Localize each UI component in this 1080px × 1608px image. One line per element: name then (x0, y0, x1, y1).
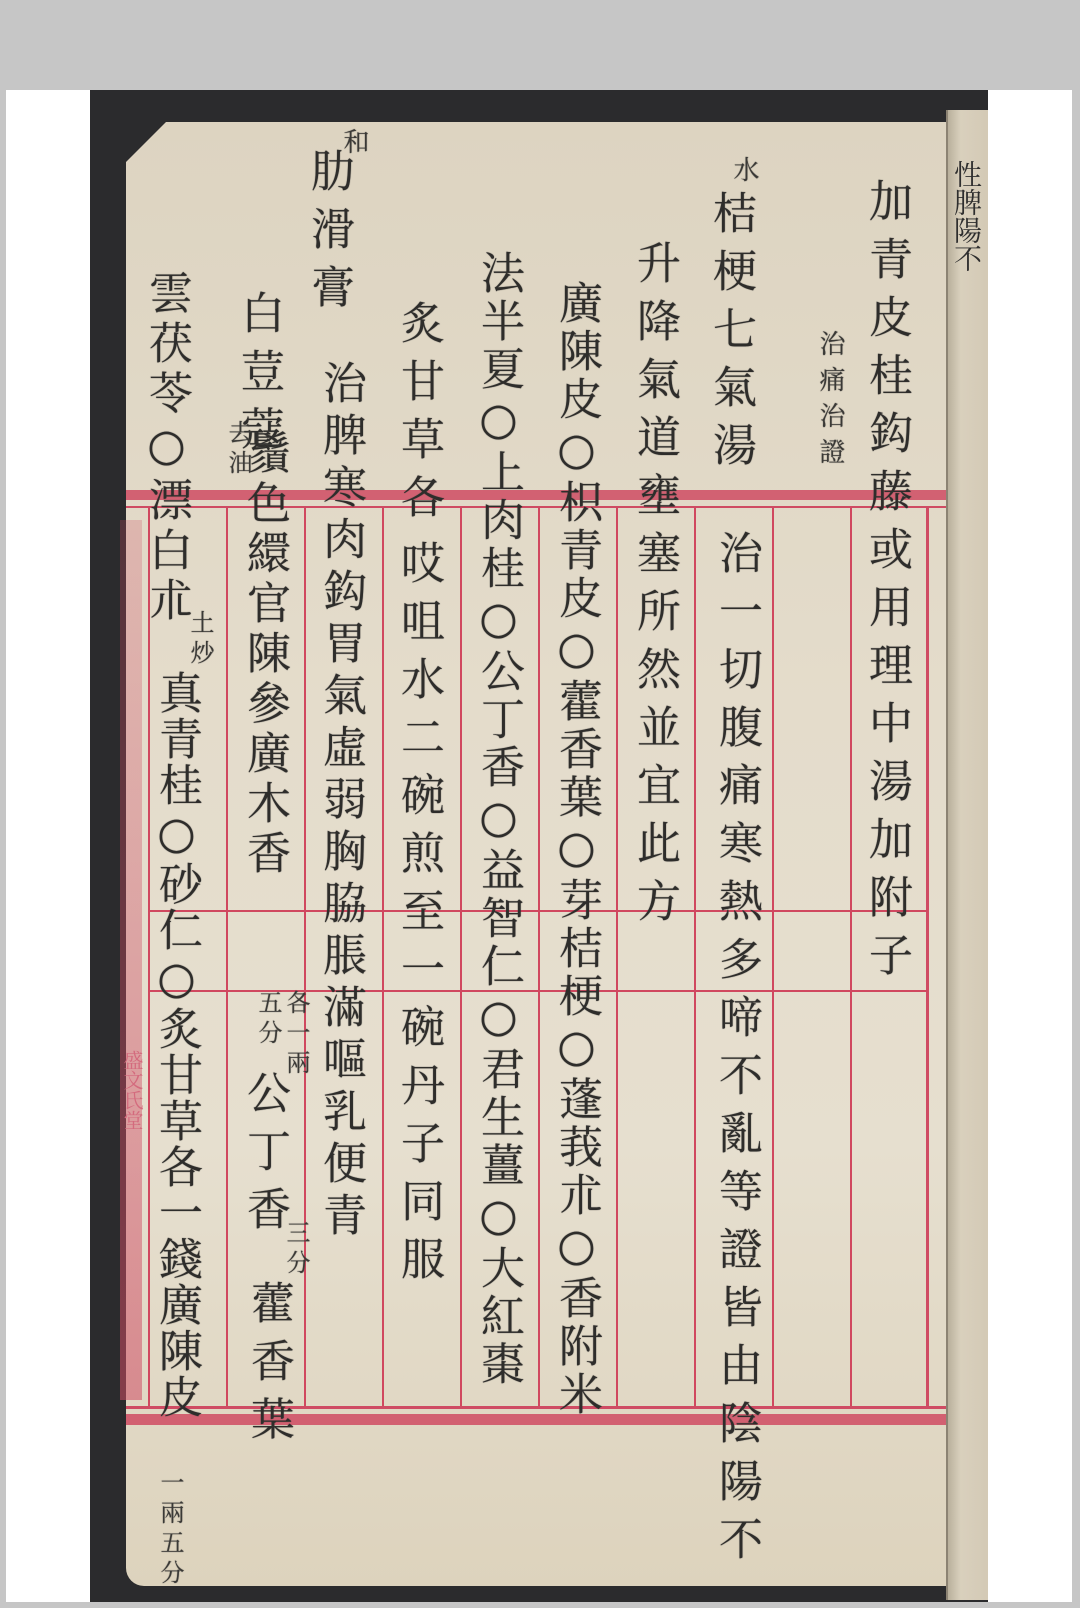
column-9-text2: 公丁香 (236, 1070, 292, 1244)
seal-text: 盛文氏堂 (120, 1050, 144, 1130)
red-seal-stamp (120, 520, 142, 1400)
column-7: 炙甘草各 (390, 300, 446, 532)
scanned-book-page: 性脾陽不 盛文氏堂 加青皮桂鈎藤或用理中湯加附子 治痛治證 水 桔梗七氣湯 治一… (90, 90, 988, 1602)
column-5: 廣陳皮○枳青皮○藿香葉○芽桔梗○蓬莪朮○香附米 (548, 280, 604, 1419)
column-3-text: 治一切腹痛寒熱多啼不亂等證皆由陰陽不 (708, 530, 764, 1574)
red-column-line (538, 508, 540, 1406)
column-4: 升降氣道壅塞所然並宜此方 (626, 240, 682, 936)
column-9-text3: 藿香葉 (240, 1280, 296, 1454)
red-column-line (460, 508, 462, 1406)
red-row-line (148, 910, 928, 912)
column-9-dose2: 三分 (268, 1220, 324, 1280)
column-10-note: 土炒 (172, 610, 228, 670)
red-column-line (772, 508, 774, 1406)
column-2: 治痛治證 (802, 330, 858, 474)
red-column-line (616, 508, 618, 1406)
red-column-line (850, 508, 852, 1406)
column-9-text: 鬚色繯官陳參廣木香 (236, 430, 292, 880)
column-1: 加青皮桂鈎藤或用理中湯加附子 (858, 178, 914, 990)
column-9-note2: 五分 (240, 990, 296, 1050)
folded-corner (126, 122, 166, 162)
column-6: 法半夏○上肉桂○公丁香○益智仁○君生薑○大紅棗 (470, 250, 526, 1389)
column-8: 肋滑膏 (300, 148, 356, 322)
column-10-text: 真青桂○砂仁○炙甘草各一錢廣陳皮 (148, 670, 204, 1420)
column-8-text: 治脾寒肉鈎胃氣虛弱胸脇脹滿嘔乳便青 (312, 360, 368, 1244)
red-column-line (382, 508, 384, 1406)
red-frame-right (926, 508, 929, 1406)
column-3-note: 水 (716, 156, 772, 192)
adjacent-page-text: 性脾陽不 (956, 160, 986, 272)
viewer-scrollbar[interactable] (1072, 90, 1080, 1602)
column-10-dose: 一兩五分 (142, 1470, 198, 1590)
column-7-text: 哎咀水二碗煎至一碗丹子同服 (390, 540, 446, 1294)
red-column-line (694, 508, 696, 1406)
column-10: 雲茯苓○漂白朮 (138, 270, 194, 627)
column-3: 桔梗七氣湯 (702, 190, 758, 480)
adjacent-page-edge (946, 110, 988, 1600)
